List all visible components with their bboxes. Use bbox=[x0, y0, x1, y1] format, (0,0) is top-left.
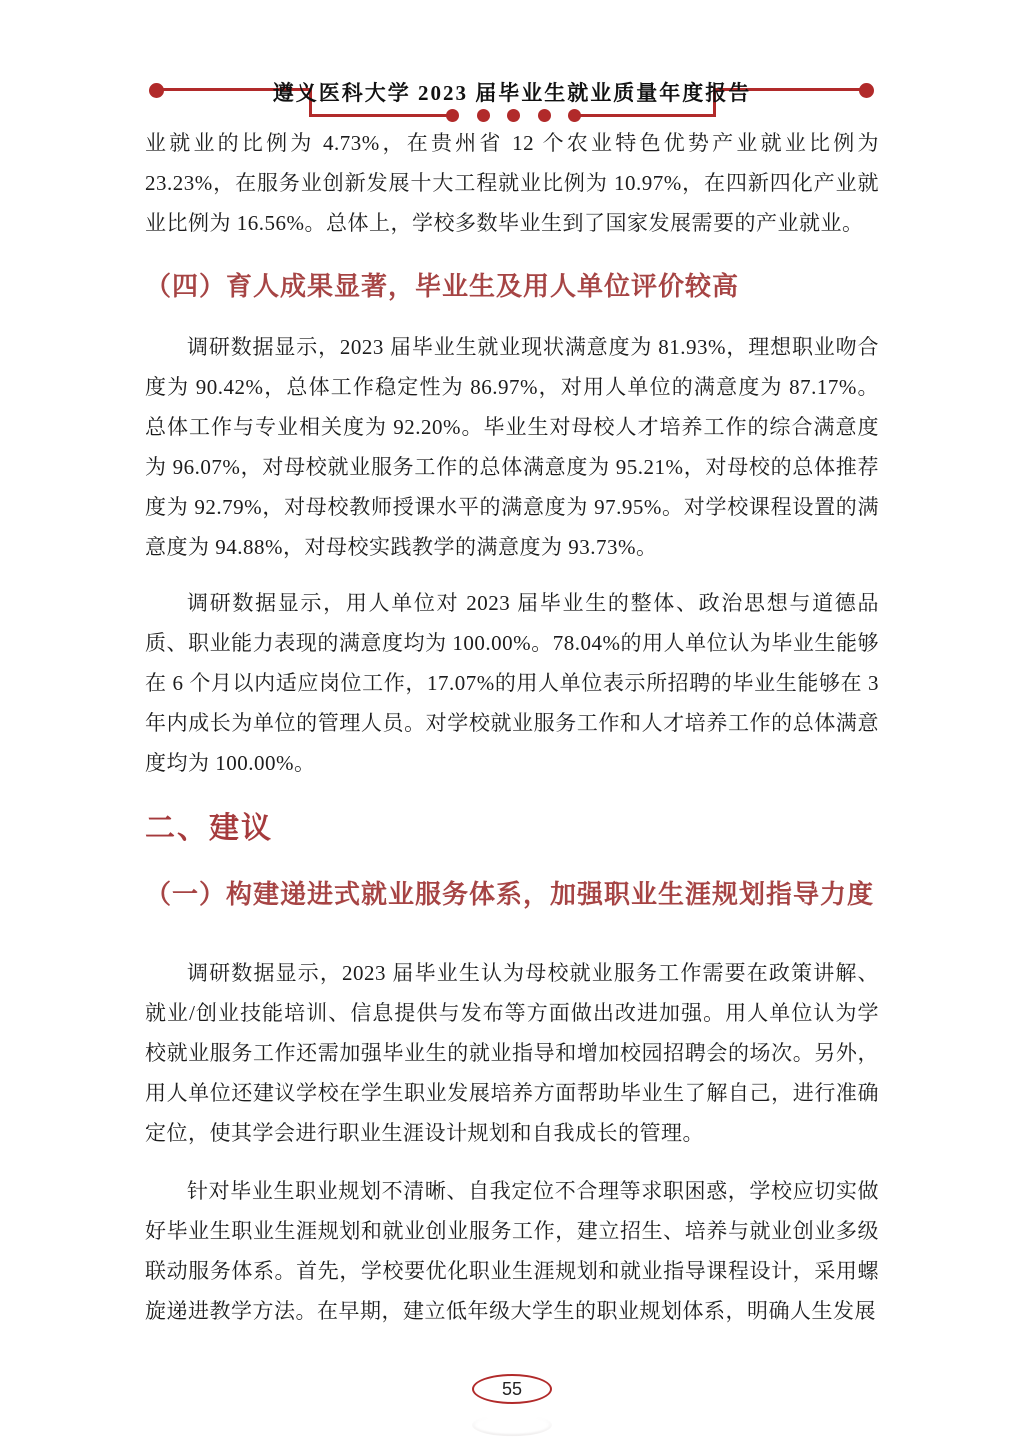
page-header: 遵义医科大学 2023 届毕业生就业质量年度报告 bbox=[0, 0, 1024, 140]
header-rule-lower-left bbox=[309, 114, 453, 117]
paragraph-graduate-satisfaction: 调研数据显示，2023 届毕业生就业现状满意度为 81.93%，理想职业吻合度为… bbox=[145, 327, 879, 567]
header-dot-row bbox=[446, 109, 581, 122]
header-dot-icon bbox=[538, 109, 551, 122]
header-dot-icon bbox=[507, 109, 520, 122]
heading-section-2-suggestions: 二、建议 bbox=[145, 807, 879, 851]
heading-section-4: （四）育人成果显著，毕业生及用人单位评价较高 bbox=[145, 265, 879, 307]
paragraph-employer-satisfaction: 调研数据显示，用人单位对 2023 届毕业生的整体、政治思想与道德品质、职业能力… bbox=[145, 583, 879, 783]
page-number-badge: 55 bbox=[472, 1374, 552, 1404]
paragraph-career-planning: 针对毕业生职业规划不清晰、自我定位不合理等求职困惑，学校应切实做好毕业生职业生涯… bbox=[145, 1171, 879, 1331]
header-dot-icon bbox=[446, 109, 459, 122]
document-body: 业就业的比例为 4.73%，在贵州省 12 个农业特色优势产业就业比例为 23.… bbox=[145, 123, 879, 1331]
paragraph-service-improvement: 调研数据显示，2023 届毕业生认为母校就业服务工作需要在政策讲解、就业/创业技… bbox=[145, 953, 879, 1153]
page-number: 55 bbox=[502, 1379, 522, 1400]
header-rule-lower-right bbox=[572, 114, 716, 117]
paragraph-continuation: 业就业的比例为 4.73%，在贵州省 12 个农业特色优势产业就业比例为 23.… bbox=[145, 123, 879, 243]
page-number-reflection bbox=[472, 1414, 552, 1437]
header-dot-icon bbox=[477, 109, 490, 122]
heading-subsection-1: （一）构建递进式就业服务体系，加强职业生涯规划指导力度 bbox=[145, 873, 879, 915]
report-title: 遵义医科大学 2023 届毕业生就业质量年度报告 bbox=[0, 77, 1024, 107]
report-page: 遵义医科大学 2023 届毕业生就业质量年度报告 业就业的比例为 4.73%，在… bbox=[0, 0, 1024, 1448]
